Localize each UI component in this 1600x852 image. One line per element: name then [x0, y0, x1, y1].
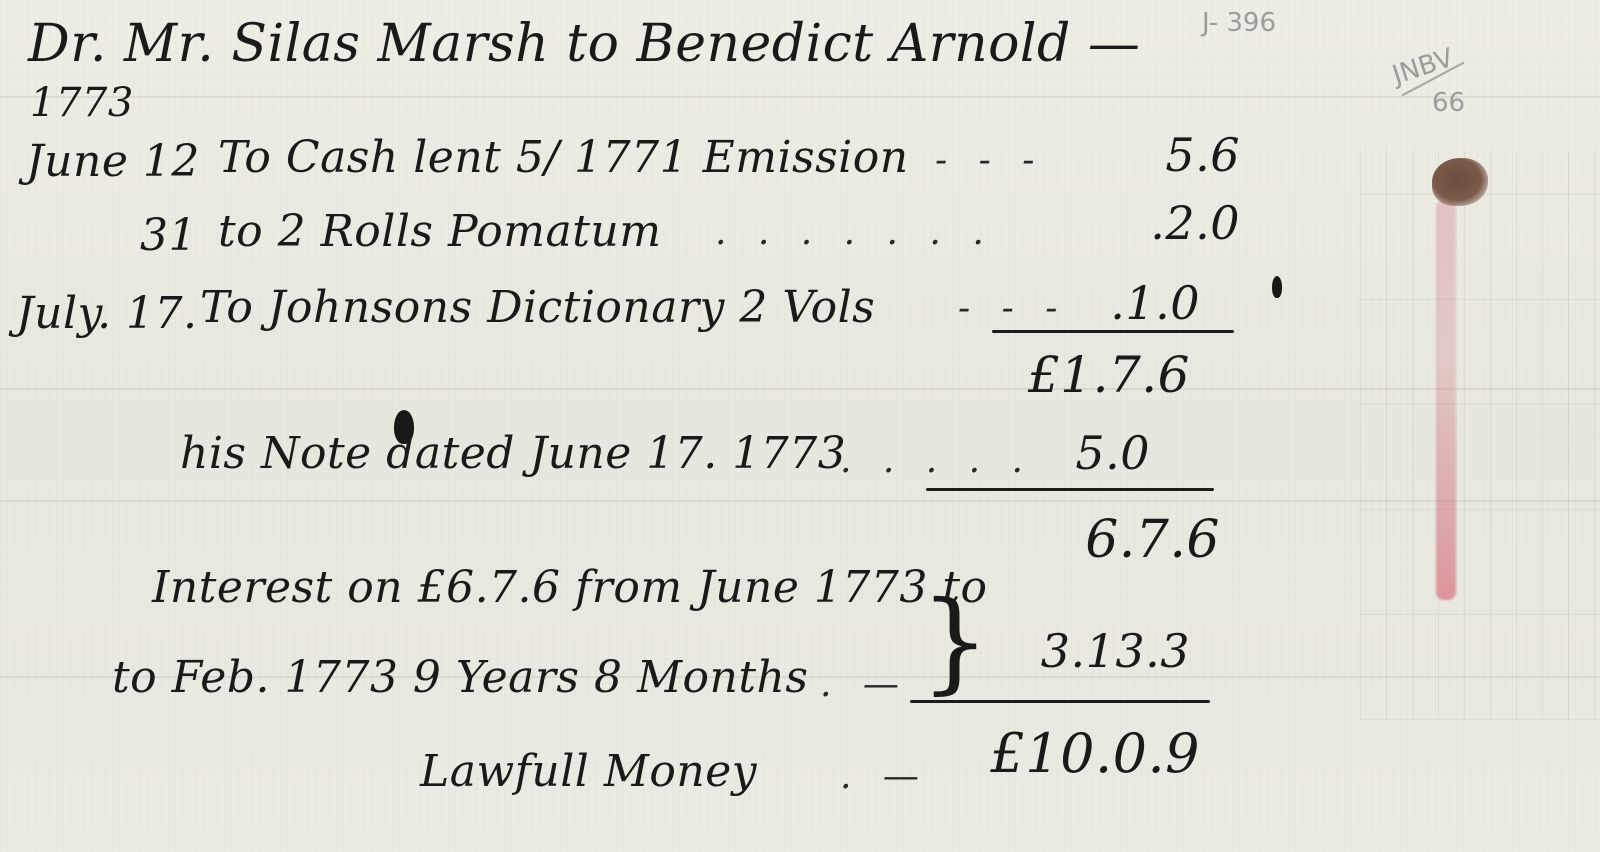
entry-description: To Johnsons Dictionary 2 Vols — [200, 282, 875, 333]
pencil-note-lower: 66 — [1432, 88, 1465, 118]
entry-date: 31 — [140, 210, 197, 261]
entry-description: to 2 Rolls Pomatum — [218, 206, 661, 257]
subtotal-1: £1.7.6 — [980, 346, 1190, 404]
paper-chain-line — [0, 96, 1600, 98]
interest-line-1: Interest on £6.7.6 from June 1773 to — [152, 562, 988, 613]
sum-rule — [992, 330, 1234, 333]
interest-amount: 3.13.3 — [1000, 624, 1190, 678]
note-amount: 5.0 — [1000, 426, 1150, 480]
sum-rule — [926, 488, 1214, 491]
interest-leader: . — — [820, 664, 909, 705]
entry-date: July. 17. — [16, 288, 198, 339]
interest-line-2: to Feb. 1773 9 Years 8 Months — [112, 652, 808, 703]
total-label: Lawfull Money — [420, 746, 757, 797]
sum-rule — [910, 700, 1210, 703]
interest-brace: } — [920, 586, 990, 696]
ink-stain — [1432, 158, 1488, 206]
ink-blot — [1272, 276, 1282, 298]
red-ink-mark — [1436, 200, 1456, 600]
manuscript-page: J- 396 JNBV 66 Dr. Mr. Silas Marsh to Be… — [0, 0, 1600, 852]
note-description: his Note dated June 17. 1773 — [180, 428, 846, 479]
faint-ruled-grid — [1360, 150, 1600, 720]
total-leader: . — — [840, 756, 929, 797]
account-heading: Dr. Mr. Silas Marsh to Benedict Arnold — — [28, 14, 1140, 74]
entry-date: June 12 — [26, 136, 200, 187]
entry-amount: .1.0 — [1040, 276, 1200, 330]
subtotal-2: 6.7.6 — [1000, 510, 1220, 570]
account-year: 1773 — [30, 80, 134, 126]
entry-amount: .2.0 — [1080, 196, 1240, 250]
catalog-number: J- 396 — [1202, 8, 1276, 38]
entry-leader: . . . . . . . — [715, 212, 994, 253]
total-amount: £10.0.9 — [930, 722, 1200, 785]
entry-leader: - - - — [935, 140, 1044, 181]
entry-amount: 5.6 — [1080, 128, 1240, 182]
entry-description: To Cash lent 5/ 1771 Emission — [218, 132, 909, 183]
